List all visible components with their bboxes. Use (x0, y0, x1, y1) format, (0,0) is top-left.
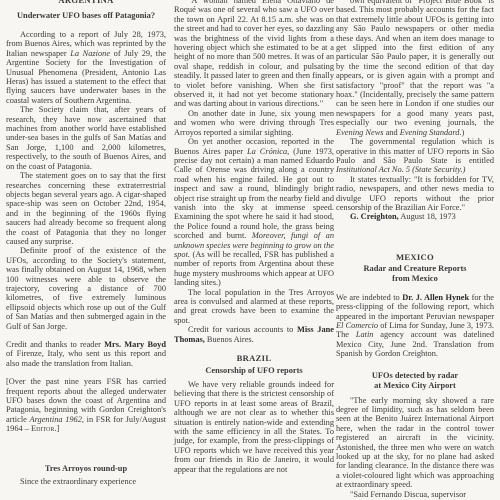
paragraph: The local population in the Tres Arroyos… (174, 288, 334, 326)
brazil-continued: own equivalent of "Project Blue Book" is… (336, 0, 494, 212)
article-title-radar-airport: UFOs detected by radarat Mexico City Air… (336, 371, 494, 391)
article-title-censorship: Censorship of UFO reports (174, 366, 334, 376)
paragraph: own equivalent of "Project Blue Book" is… (336, 0, 494, 137)
section-title-brazil: BRAZIL (174, 353, 334, 363)
paragraph: "A woman named Elena Ottaviano de Roqué … (174, 0, 334, 109)
editor-note: [Over the past nine years FSR has carrie… (6, 377, 166, 433)
section-title-mexico: MEXICO (336, 252, 494, 262)
column-tres-arroyos-brazil: "A woman named Elena Ottaviano de Roqué … (174, 0, 334, 474)
article-title-tres-arroyos: Tres Arroyos round-up (6, 464, 166, 474)
paragraph: We have very reliable grounds indeed for… (174, 380, 334, 474)
paragraph: On yet another occasion, reported in the… (174, 137, 334, 288)
article-title-patagonia: Underwater UFO bases off Patagonia? (6, 11, 166, 21)
tres-arroyos-continued: "A woman named Elena Ottaviano de Roqué … (174, 0, 334, 344)
paragraph: The governmental regulation which is ope… (336, 137, 494, 175)
paragraph: The statement goes on to say that the fi… (6, 171, 166, 246)
column-brazil-mexico: own equivalent of "Project Blue Book" is… (336, 0, 494, 499)
mexico-intro: We are indebted to Dr. J. Allen Hynek fo… (336, 293, 494, 359)
paragraph: The Society claim that, after years of r… (6, 105, 166, 171)
paragraph: "The early morning sky showed a rare deg… (336, 396, 494, 490)
paragraph: Definite proof of the existence of the U… (6, 246, 166, 331)
column-argentina: ARGENTINA Underwater UFO bases off Patag… (6, 0, 166, 486)
credit-mary-boyd: Credit and thanks to reader Mrs. Mary Bo… (6, 340, 166, 368)
radar-body: "The early morning sky showed a rare deg… (336, 396, 494, 499)
signature-creighton: G. Creighton, August 18, 1973 (336, 212, 494, 221)
paragraph: Credit for various accounts to Miss Jane… (174, 325, 334, 344)
paragraph: It states textually: "It is forbidden fo… (336, 175, 494, 213)
paragraph: According to a report of July 28, 1973, … (6, 30, 166, 105)
paragraph: On another date in June, six young men a… (174, 109, 334, 137)
tres-arroyos-body: Since the extraordinary experience (6, 477, 166, 486)
paragraph: "Said Fernando Discua, supervisor (336, 490, 494, 499)
argentina-body: According to a report of July 28, 1973, … (6, 30, 166, 331)
magazine-page: ARGENTINA Underwater UFO bases off Patag… (0, 0, 500, 500)
brazil-body: We have very reliable grounds indeed for… (174, 380, 334, 474)
article-title-radar-creature: Radar and Creature Reportsfrom Mexico (336, 264, 494, 284)
